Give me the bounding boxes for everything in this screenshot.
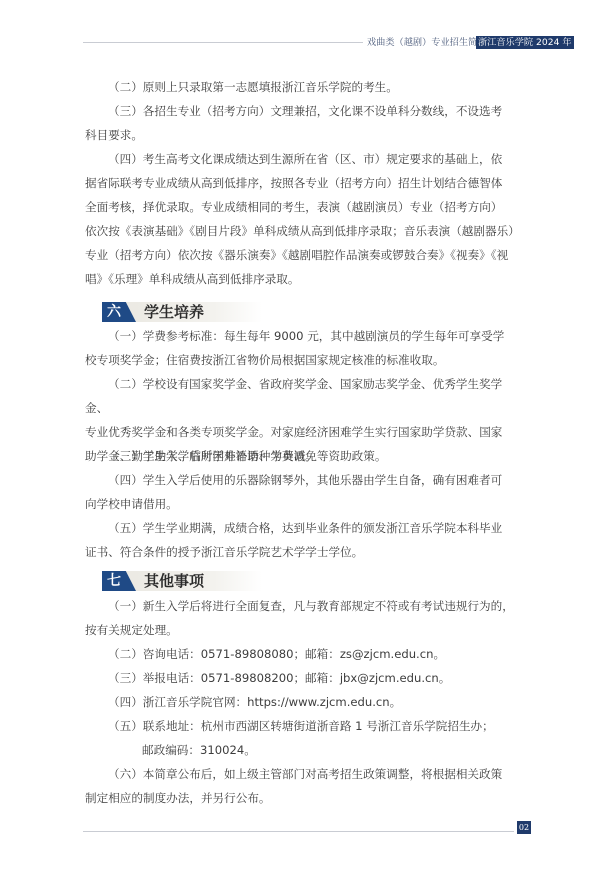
footer-rule <box>83 831 514 832</box>
line: 全面考核，择优录取。专业成绩相同的考生，表演（越剧演员）专业（招考方向） <box>85 195 525 219</box>
paragraph-admission-4: （四）考生高考文化课成绩达到生源所在省（区、市）规定要求的基础上，依 据省际联考… <box>85 147 525 291</box>
line: （四）浙江音乐学院官网：https://www.zjcm.edu.cn。 <box>85 690 525 714</box>
paragraph-foreign-language: （三）学生入学后所学外语语种为英语。 <box>85 444 525 468</box>
line: 校专项奖学金；住宿费按浙江省物价局根据国家规定核准的标准收取。 <box>85 348 525 372</box>
page-number: 02 <box>517 821 531 834</box>
line: 专业（招考方向）依次按《器乐演奏》《越剧唱腔作品演奏或锣鼓合奏》《视奏》《视 <box>85 243 525 267</box>
line: 依次按《表演基础》《剧目片段》单科成绩从高到低排序录取；音乐表演（越剧器乐） <box>85 219 525 243</box>
paragraph-review: （一）新生入学后将进行全面复查，凡与教育部规定不符或有考试违规行为的， 按有关规… <box>85 594 525 642</box>
line: 向学校申请借用。 <box>85 492 525 516</box>
paragraph-admission-3: （三）各招生专业（招考方向）文理兼招，文化课不设单科分数线，不设选考 科目要求。 <box>85 99 525 147</box>
paragraph-tuition: （一）学费参考标准：每生每年 9000 元，其中越剧演员的学生每年可享受学 校专… <box>85 324 525 372</box>
line: （二）原则上只录取第一志愿填报浙江音乐学院的考生。 <box>85 75 525 99</box>
line: （一）新生入学后将进行全面复查，凡与教育部规定不符或有考试违规行为的， <box>85 594 525 618</box>
line: 制定相应的制度办法，并另行公布。 <box>85 786 525 810</box>
header-rule <box>83 42 363 43</box>
section-title: 学生培养 <box>144 302 204 322</box>
line: （四）学生入学后使用的乐器除钢琴外，其他乐器由学生自备，确有困难者可 <box>85 468 525 492</box>
line: （四）考生高考文化课成绩达到生源所在省（区、市）规定要求的基础上，依 <box>85 147 525 171</box>
line: （二）咨询电话：0571-89808080；邮箱：zs@zjcm.edu.cn。 <box>85 642 525 666</box>
paragraph-admission-2: （二）原则上只录取第一志愿填报浙江音乐学院的考生。 <box>85 75 525 99</box>
line: 专业优秀奖学金和各类专项奖学金。对家庭经济困难学生实行国家助学贷款、国家 <box>85 420 525 444</box>
line: （五）学生学业期满，成绩合格，达到毕业条件的颁发浙江音乐学院本科毕业 <box>85 516 525 540</box>
section-title: 其他事项 <box>144 571 204 591</box>
paragraph-report-contact: （三）举报电话：0571-89808200；邮箱：jbx@zjcm.edu.cn… <box>85 666 525 690</box>
line: 科目要求。 <box>85 123 525 147</box>
line: 证书、符合条件的授予浙江音乐学院艺术学学士学位。 <box>85 540 525 564</box>
line: 唱》《乐理》单科成绩从高到低排序录取。 <box>85 267 525 291</box>
line: （三）举报电话：0571-89808200；邮箱：jbx@zjcm.edu.cn… <box>85 666 525 690</box>
line: （六）本简章公布后，如上级主管部门对高考招生政策调整，将根据相关政策 <box>85 762 525 786</box>
paragraph-address: （五）联系地址：杭州市西湖区转塘街道浙音路 1 号浙江音乐学院招生办； 邮政编码… <box>85 714 525 762</box>
paragraph-website: （四）浙江音乐学院官网：https://www.zjcm.edu.cn。 <box>85 690 525 714</box>
line: 据省际联考专业成绩从高到低排序，按照各专业（招考方向）招生计划结合德智体 <box>85 171 525 195</box>
paragraph-consult-contact: （二）咨询电话：0571-89808080；邮箱：zs@zjcm.edu.cn。 <box>85 642 525 666</box>
line: （一）学费参考标准：每生每年 9000 元，其中越剧演员的学生每年可享受学 <box>85 324 525 348</box>
paragraph-policy-adjustment: （六）本简章公布后，如上级主管部门对高考招生政策调整，将根据相关政策 制定相应的… <box>85 762 525 810</box>
header-subtitle: 戏曲类（越剧）专业招生简章 <box>367 36 486 50</box>
section-heading-other-matters: 七 其他事项 <box>102 571 262 591</box>
paragraph-graduation: （五）学生学业期满，成绩合格，达到毕业条件的颁发浙江音乐学院本科毕业 证书、符合… <box>85 516 525 564</box>
header-badge: 浙江音乐学院 2024 年 <box>476 36 574 49</box>
line: （五）联系地址：杭州市西湖区转塘街道浙音路 1 号浙江音乐学院招生办； <box>85 714 525 738</box>
line: 按有关规定处理。 <box>85 618 525 642</box>
line: （二）学校设有国家奖学金、省政府奖学金、国家励志奖学金、优秀学生奖学金、 <box>85 372 525 420</box>
line: （三）各招生专业（招考方向）文理兼招，文化课不设单科分数线，不设选考 <box>85 99 525 123</box>
section-heading-student-training: 六 学生培养 <box>102 302 262 322</box>
line: 邮政编码：310024。 <box>85 738 525 762</box>
line: （三）学生入学后所学外语语种为英语。 <box>85 444 525 468</box>
paragraph-instruments: （四）学生入学后使用的乐器除钢琴外，其他乐器由学生自备，确有困难者可 向学校申请… <box>85 468 525 516</box>
